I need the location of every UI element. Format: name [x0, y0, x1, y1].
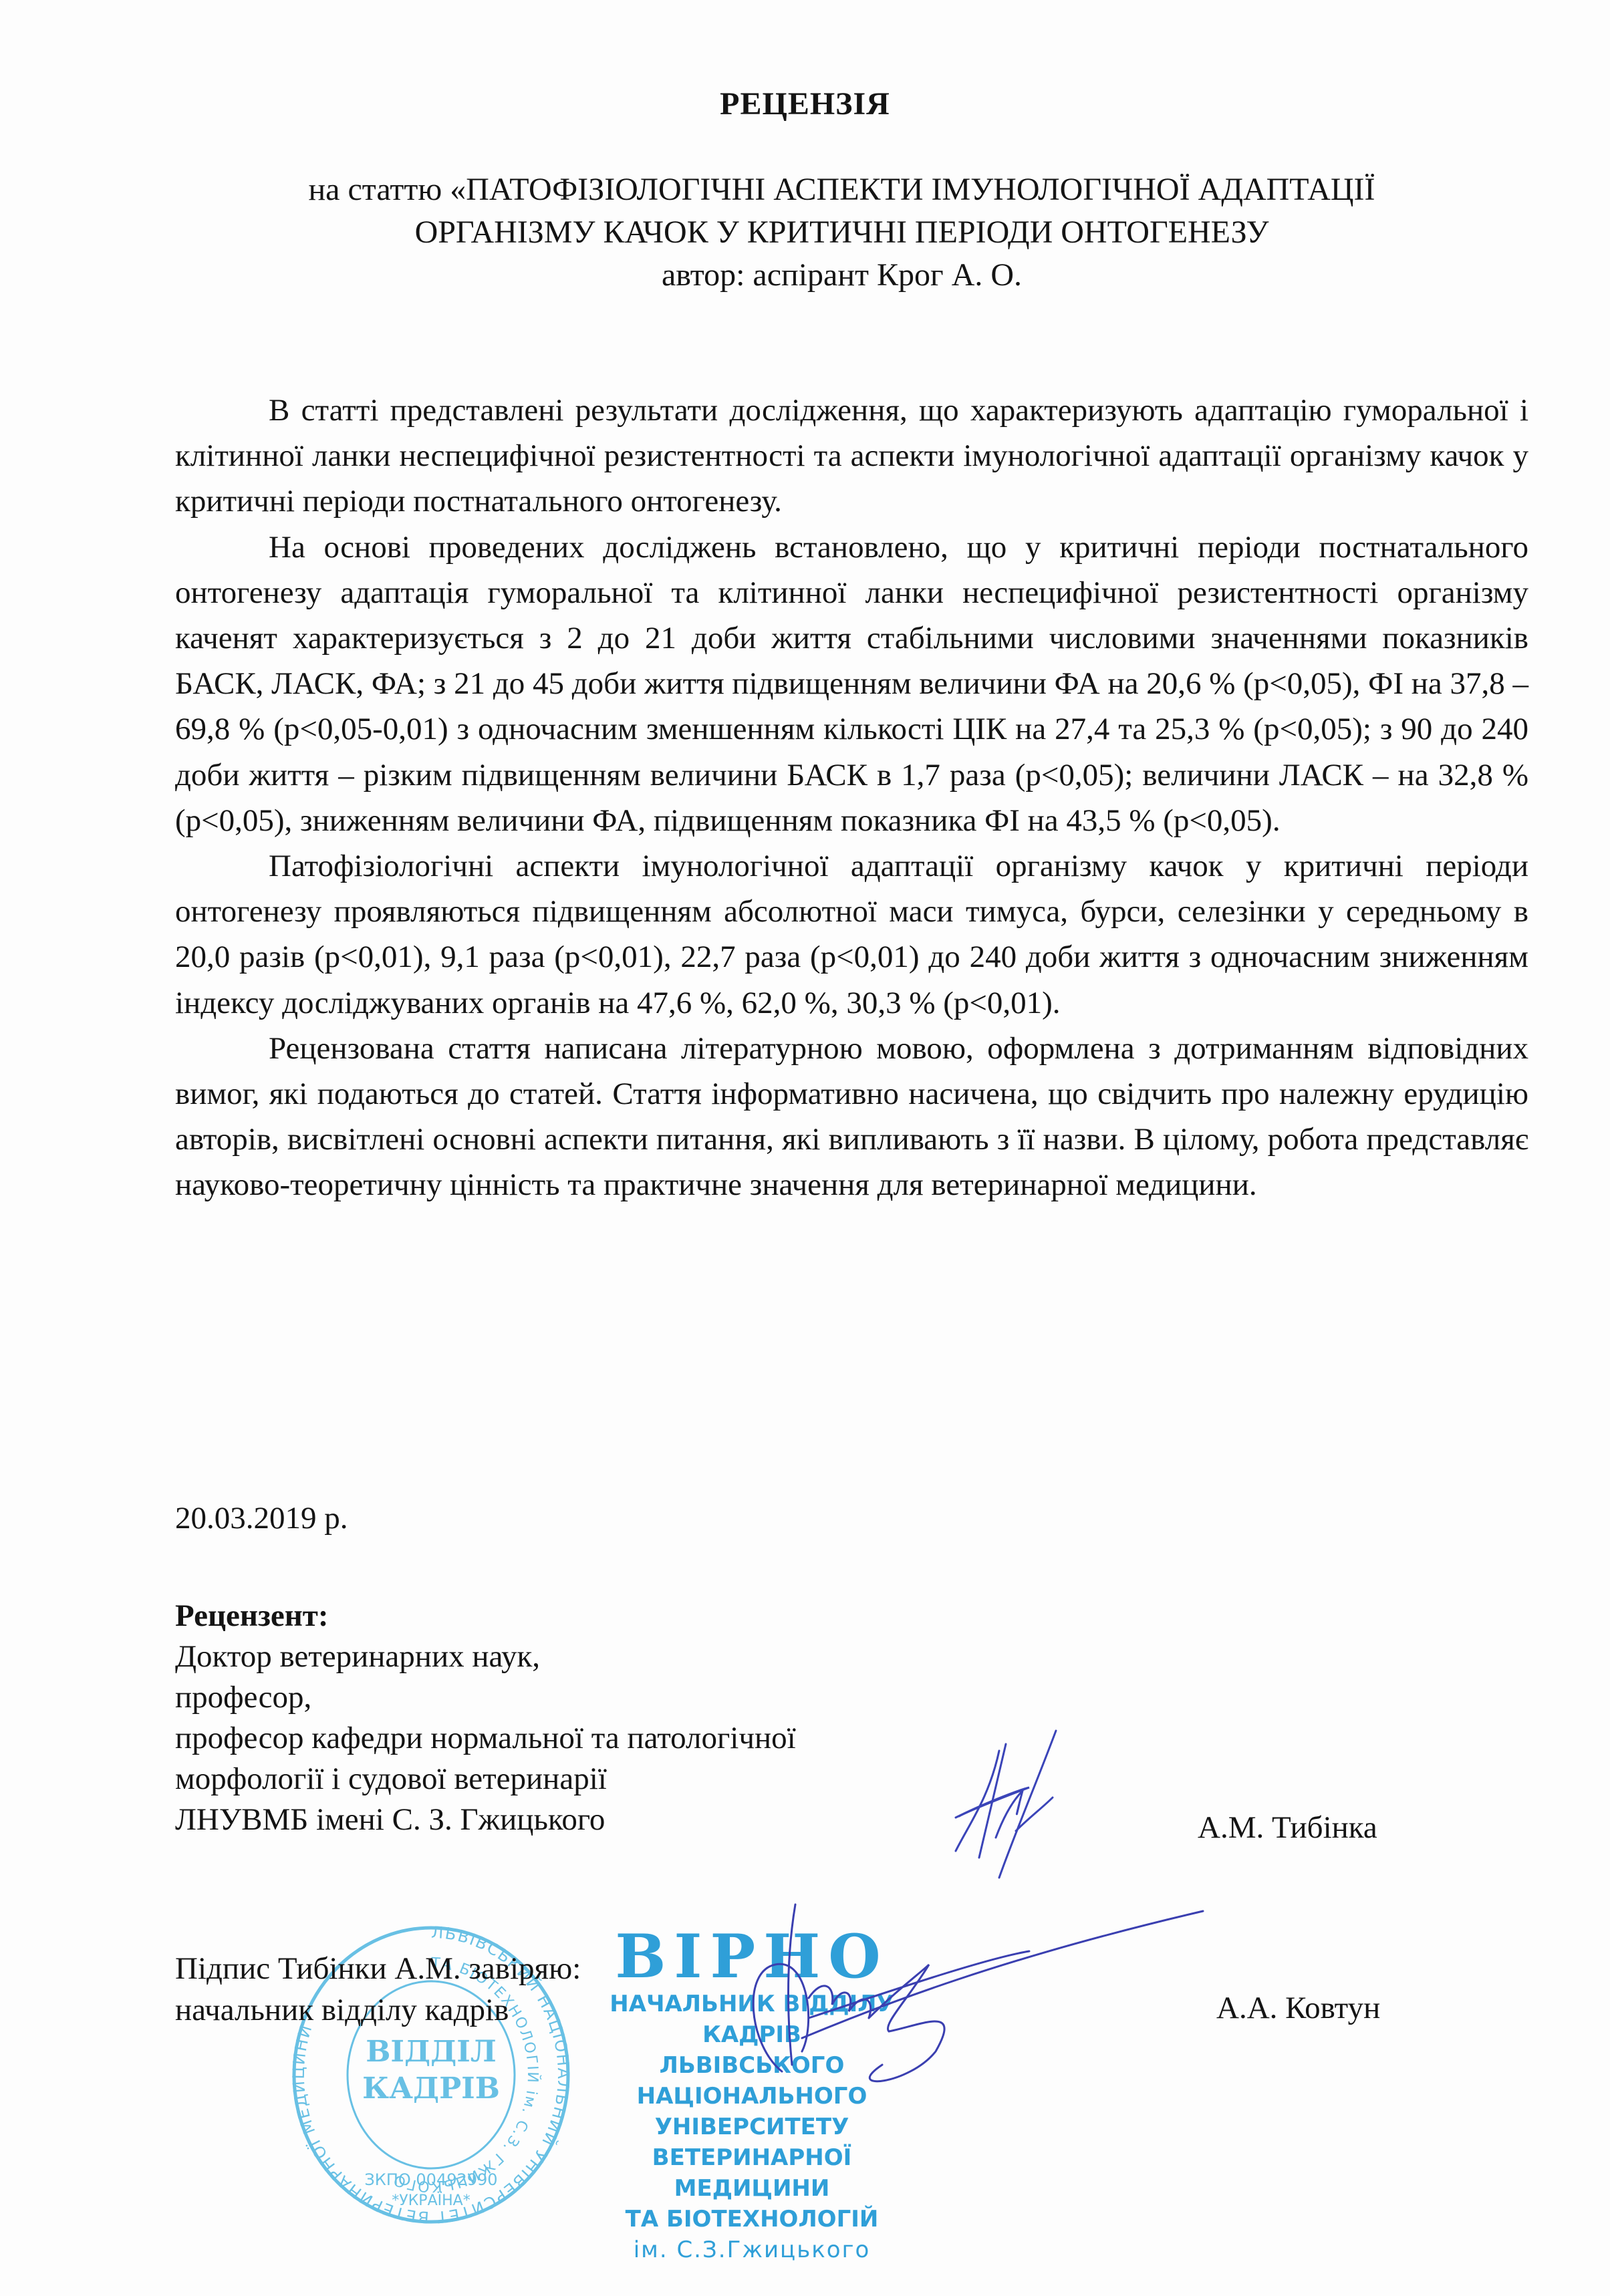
certification-statement: Підпис Тибінки А.М. завіряю: [175, 1948, 581, 1989]
article-title-line-1: на статтю «ПАТОФІЗІОЛОГІЧНІ АСПЕКТИ ІМУН… [160, 168, 1523, 211]
stamp-line: ТА БІОТЕХНОЛОГІЙ [571, 2204, 932, 2235]
certifier-position: начальник відділу кадрів [175, 1989, 581, 2031]
paragraph: На основі проведених досліджень встановл… [175, 525, 1528, 843]
svg-text:ВІДДІЛ: ВІДДІЛ [366, 2035, 497, 2069]
certification-block: Підпис Тибінки А.М. завіряю: начальник в… [175, 1948, 581, 2031]
article-author: автор: аспірант Крог А. О. [160, 254, 1523, 297]
paragraph: Рецензована стаття написана літературною… [175, 1026, 1528, 1208]
reviewer-institution: ЛНУВМБ імені С. З. Гжицького [175, 1800, 796, 1840]
reviewer-title: професор, [175, 1677, 796, 1718]
review-document: РЕЦЕНЗІЯ на статтю «ПАТОФІЗІОЛОГІЧНІ АСП… [0, 0, 1610, 2296]
review-body: В статті представлені результати дослідж… [175, 388, 1528, 1208]
reviewer-position: професор кафедри нормальної та патологіч… [175, 1718, 796, 1759]
reviewer-block: Рецензент: Доктор ветеринарних наук, про… [175, 1596, 796, 1840]
svg-text:ЗКПО 00492990: ЗКПО 00492990 [364, 2170, 497, 2189]
hr-signature-icon [708, 1891, 1216, 2105]
article-heading: на статтю «ПАТОФІЗІОЛОГІЧНІ АСПЕКТИ ІМУН… [160, 168, 1523, 297]
stamp-line: ВЕТЕРИНАРНОЇ МЕДИЦИНИ [571, 2142, 932, 2204]
reviewer-name: А.М. Тибінка [1198, 1810, 1377, 1846]
reviewer-degree: Доктор ветеринарних наук, [175, 1636, 796, 1677]
reviewer-signature-icon [942, 1724, 1116, 1884]
reviewer-label: Рецензент: [175, 1596, 796, 1636]
stamp-line: ім. С.З.Гжицького [571, 2235, 932, 2265]
reviewer-department: морфології і судової ветеринарії [175, 1759, 796, 1800]
paragraph: Патофізіологічні аспекти імунологічної а… [175, 843, 1528, 1026]
svg-text:КАДРІВ: КАДРІВ [362, 2071, 500, 2106]
document-title: РЕЦЕНЗІЯ [0, 86, 1610, 122]
paragraph: В статті представлені результати дослідж… [175, 388, 1528, 525]
review-date: 20.03.2019 р. [175, 1500, 348, 1536]
certifier-name: А.А. Ковтун [1216, 1990, 1380, 2026]
article-title-line-2: ОРГАНІЗМУ КАЧОК У КРИТИЧНІ ПЕРІОДИ ОНТОГ… [160, 211, 1523, 254]
svg-text:*УКРАЇНА*: *УКРАЇНА* [392, 2192, 470, 2209]
